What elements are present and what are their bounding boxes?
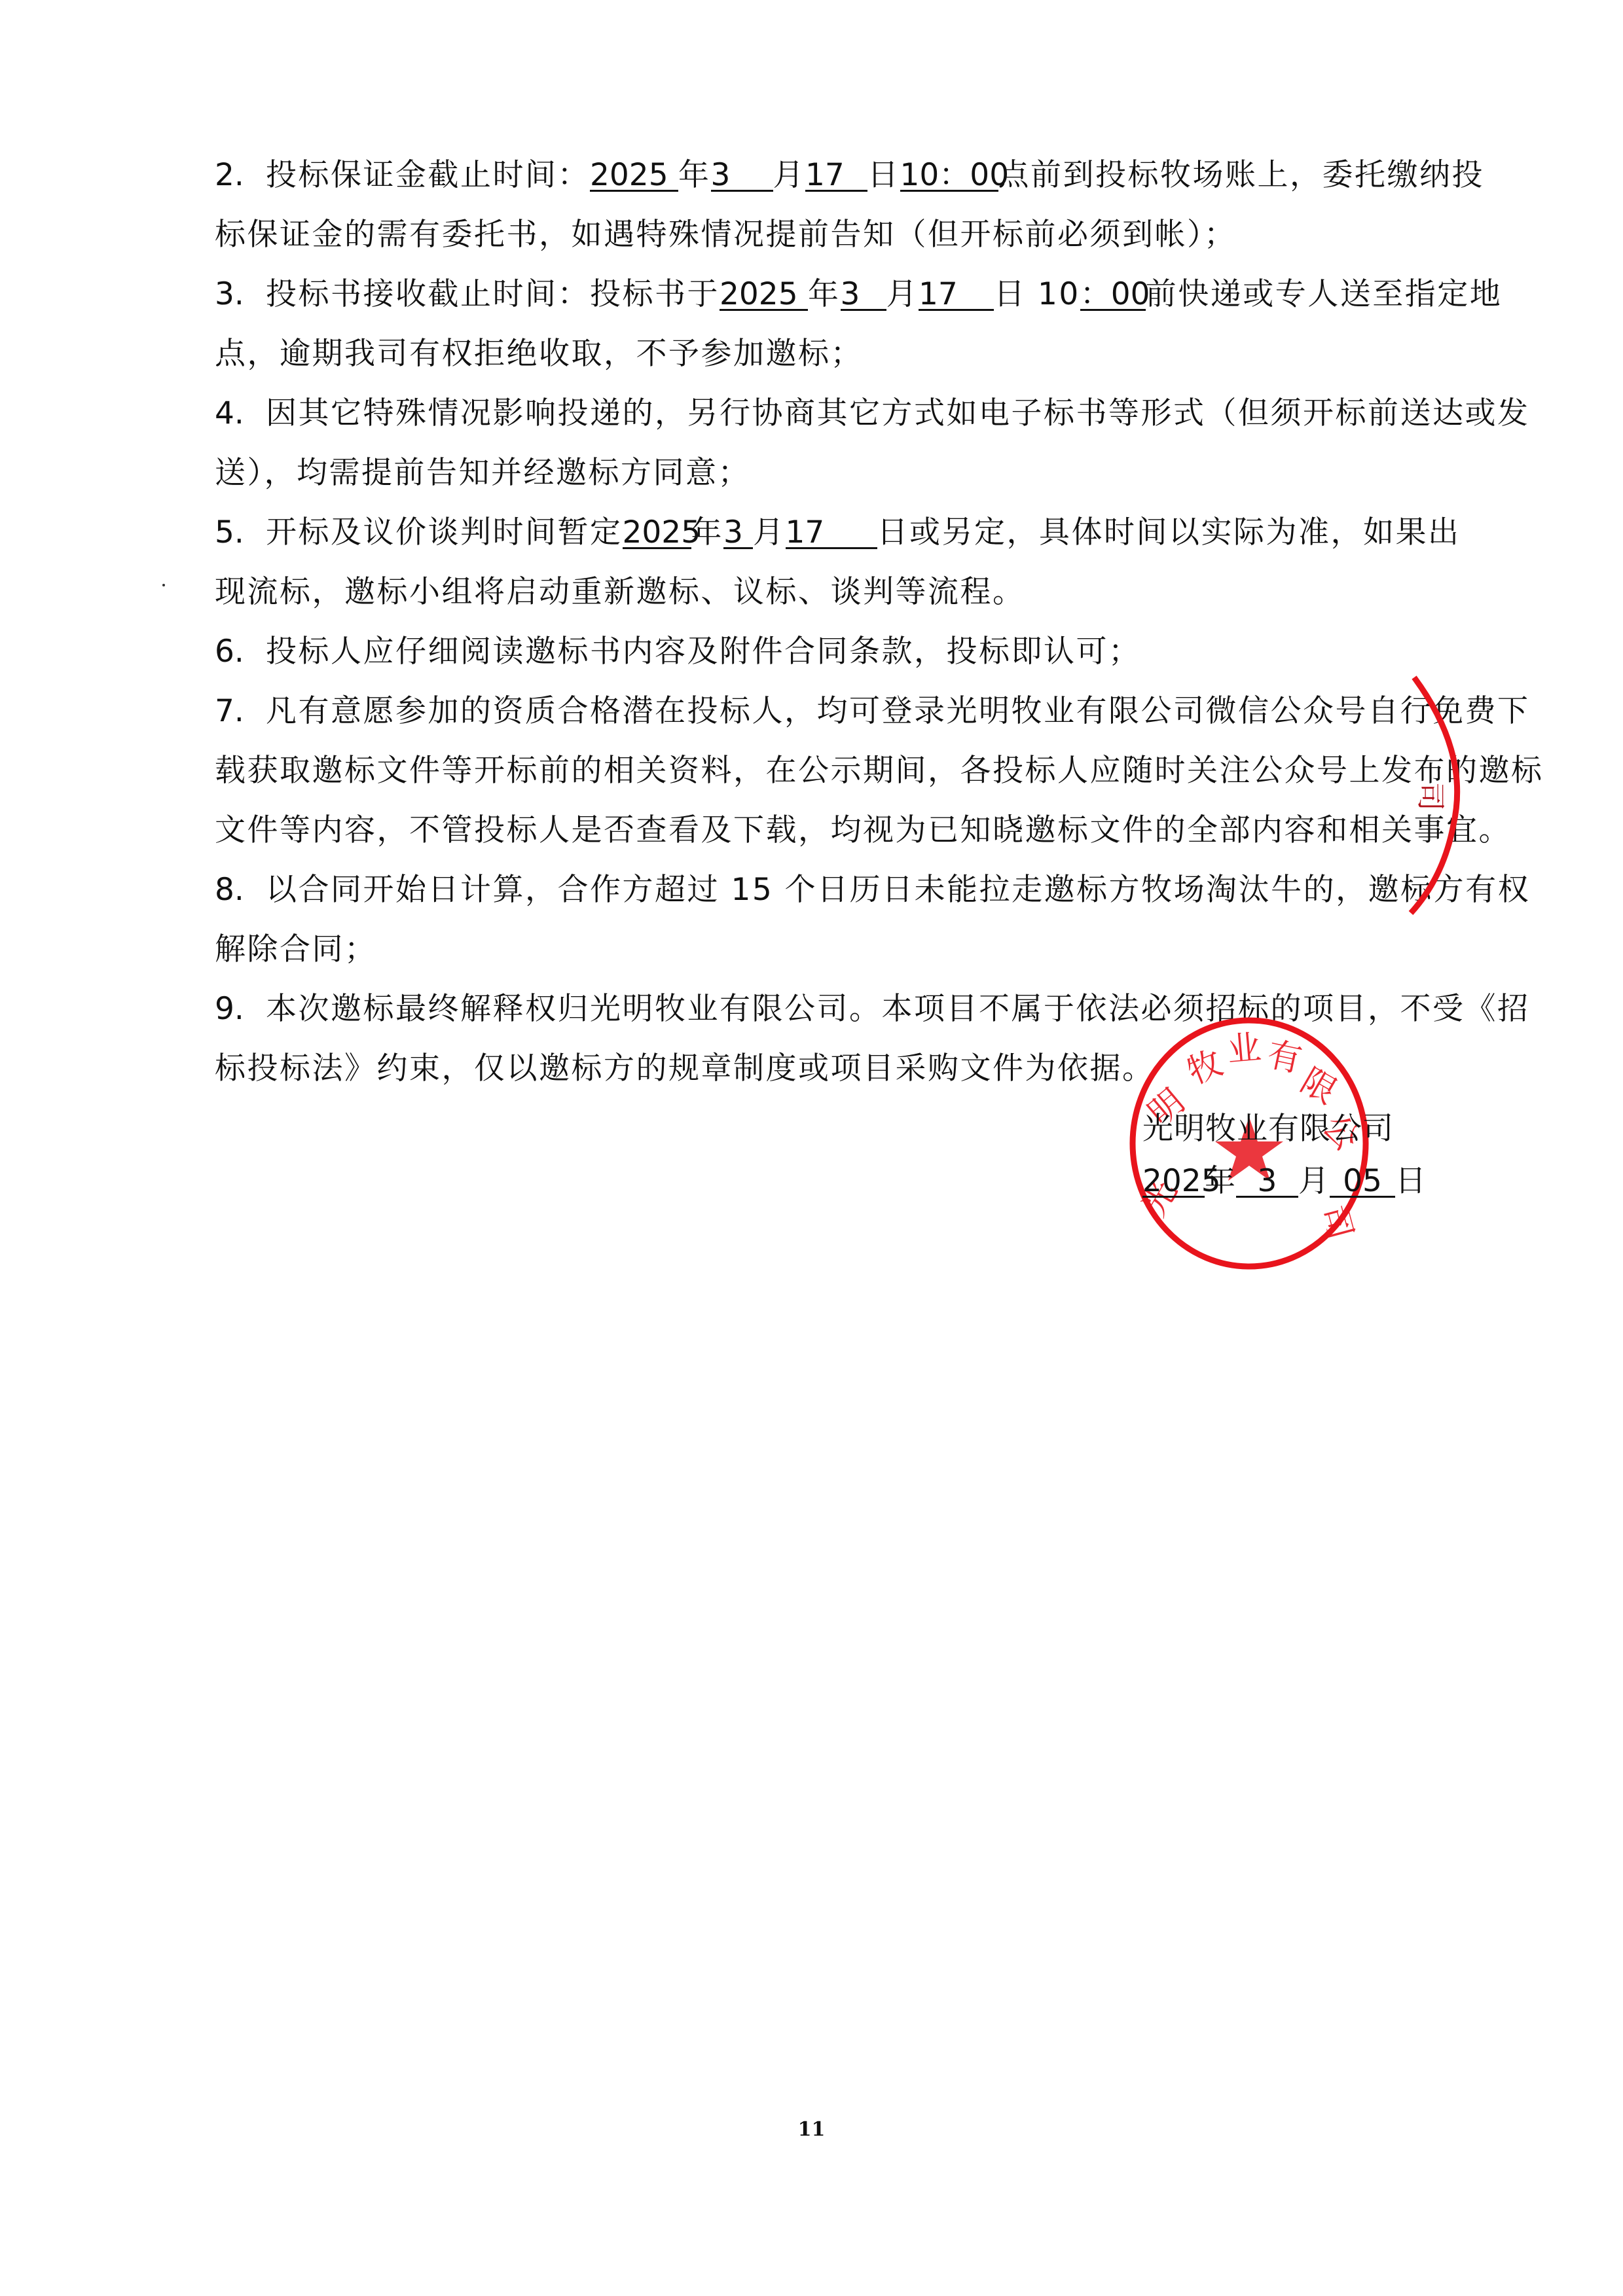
text-segment: 前快递或专人送至指定地 xyxy=(1146,276,1503,312)
text-segment: 点，逾期我司有权拒绝收取，不予参加邀标； xyxy=(215,336,863,372)
text-segment: 年 xyxy=(678,157,711,193)
scan-speck xyxy=(162,584,165,586)
item-line: 2.投标保证金截止时间：2025年3月17日10：00点前到投标牧场账上，委托缴… xyxy=(215,145,1387,205)
item-line: 标投标法》约束，仅以邀标方的规章制度或项目采购文件为依据。 xyxy=(215,1039,1387,1098)
text-segment: 以合同开始日计算，合作方超过 15 个日历日未能拉走邀标方牧场淘汰牛的，邀标方有… xyxy=(266,872,1530,908)
filled-blank: 17 xyxy=(919,280,994,311)
date-day: 05 xyxy=(1330,1167,1395,1198)
text-segment: 文件等内容，不管投标人是否查看及下载，均视为已知晓邀标文件的全部内容和相关事宜。 xyxy=(215,812,1511,848)
signature-company: 光明牧业有限公司 xyxy=(1142,1103,1391,1155)
item-line: 载获取邀标文件等开标前的相关资料，在公示期间，各投标人应随时关注公众号上发布的邀… xyxy=(215,741,1387,800)
list-item: 7.凡有意愿参加的资质合格潜在投标人，均可登录光明牧业有限公司微信公众号自行免费… xyxy=(215,681,1387,860)
filled-blank: 3 xyxy=(841,280,886,311)
text-segment: 投标书接收截止时间：投标书于 xyxy=(266,276,720,312)
item-line: 9.本次邀标最终解释权归光明牧业有限公司。本项目不属于依法必须招标的项目，不受《… xyxy=(215,979,1387,1039)
item-number: 3. xyxy=(215,264,266,324)
page-number: 11 xyxy=(0,2118,1623,2141)
text-segment: 月 xyxy=(886,276,919,312)
text-segment: 年 xyxy=(808,276,841,312)
filled-blank: 3 xyxy=(723,518,753,549)
list-item: 6.投标人应仔细阅读邀标书内容及附件合同条款，投标即认可； xyxy=(215,622,1387,681)
text-segment: 标保证金的需有委托书，如遇特殊情况提前告知（但开标前必须到帐）； xyxy=(215,217,1237,253)
text-segment: 投标人应仔细阅读邀标书内容及附件合同条款，投标即认可； xyxy=(266,634,1141,670)
list-item: 8.以合同开始日计算，合作方超过 15 个日历日未能拉走邀标方牧场淘汰牛的，邀标… xyxy=(215,860,1387,979)
text-segment: 因其它特殊情况影响投递的，另行协商其它方式如电子标书等形式（但须开标前送达或发 xyxy=(266,395,1530,431)
text-segment: 送），均需提前告知并经邀标方同意； xyxy=(215,455,750,491)
date-year: 2025 xyxy=(1142,1167,1205,1198)
filled-blank: 2025 xyxy=(720,280,808,311)
item-number: 2. xyxy=(215,145,266,205)
text-segment: 日 10 xyxy=(994,276,1080,312)
filled-blank: 10：00 xyxy=(900,161,998,192)
item-line: 送），均需提前告知并经邀标方同意； xyxy=(215,443,1387,503)
item-line: 点，逾期我司有权拒绝收取，不予参加邀标； xyxy=(215,324,1387,384)
list-item: 4.因其它特殊情况影响投递的，另行协商其它方式如电子标书等形式（但须开标前送达或… xyxy=(215,384,1387,503)
filled-blank: 3 xyxy=(711,161,773,192)
date-year-unit: 年 xyxy=(1205,1163,1236,1199)
signature-block: 光明牧业有限公司 2025年3月05日 xyxy=(1142,1103,1391,1208)
item-line: 8.以合同开始日计算，合作方超过 15 个日历日未能拉走邀标方牧场淘汰牛的，邀标… xyxy=(215,860,1387,920)
text-segment: 点前到投标牧场账上，委托缴纳投 xyxy=(998,157,1485,193)
text-segment: 开标及议价谈判时间暂定 xyxy=(266,514,623,550)
date-month: 3 xyxy=(1236,1167,1298,1198)
list-item: 3.投标书接收截止时间：投标书于2025年3月17日 10：00前快递或专人送至… xyxy=(215,264,1387,384)
item-line: 6.投标人应仔细阅读邀标书内容及附件合同条款，投标即认可； xyxy=(215,622,1387,681)
item-line: 3.投标书接收截止时间：投标书于2025年3月17日 10：00前快递或专人送至… xyxy=(215,264,1387,324)
text-segment: 年 xyxy=(691,514,724,550)
date-month-unit: 月 xyxy=(1298,1163,1330,1199)
date-day-unit: 日 xyxy=(1395,1163,1427,1199)
text-segment: 凡有意愿参加的资质合格潜在投标人，均可登录光明牧业有限公司微信公众号自行免费下 xyxy=(266,693,1530,729)
list-item: 2.投标保证金截止时间：2025年3月17日10：00点前到投标牧场账上，委托缴… xyxy=(215,145,1387,264)
filled-blank: 2025 xyxy=(623,518,691,549)
item-number: 4. xyxy=(215,384,266,443)
filled-blank: ：00 xyxy=(1080,280,1146,311)
text-segment: 日 xyxy=(867,157,900,193)
text-segment: 日或另定，具体时间以实际为准，如果出 xyxy=(877,514,1461,550)
text-segment: 解除合同； xyxy=(215,931,377,967)
item-line: 现流标，邀标小组将启动重新邀标、议标、谈判等流程。 xyxy=(215,562,1387,622)
item-line: 4.因其它特殊情况影响投递的，另行协商其它方式如电子标书等形式（但须开标前送达或… xyxy=(215,384,1387,443)
item-number: 9. xyxy=(215,979,266,1039)
text-segment: 标投标法》约束，仅以邀标方的规章制度或项目采购文件为依据。 xyxy=(215,1050,1155,1086)
text-segment: 月 xyxy=(773,157,806,193)
list-item: 9.本次邀标最终解释权归光明牧业有限公司。本项目不属于依法必须招标的项目，不受《… xyxy=(215,979,1387,1098)
item-line: 解除合同； xyxy=(215,920,1387,979)
text-segment: 本次邀标最终解释权归光明牧业有限公司。本项目不属于依法必须招标的项目，不受《招 xyxy=(266,991,1530,1027)
text-segment: 投标保证金截止时间： xyxy=(266,157,590,193)
document-page: 2.投标保证金截止时间：2025年3月17日10：00点前到投标牧场账上，委托缴… xyxy=(0,0,1623,2296)
item-line: 文件等内容，不管投标人是否查看及下载，均视为已知晓邀标文件的全部内容和相关事宜。 xyxy=(215,800,1387,860)
signature-date: 2025年3月05日 xyxy=(1142,1155,1391,1208)
document-body: 2.投标保证金截止时间：2025年3月17日10：00点前到投标牧场账上，委托缴… xyxy=(215,145,1387,1098)
item-number: 6. xyxy=(215,622,266,681)
item-number: 5. xyxy=(215,503,266,562)
text-segment: 现流标，邀标小组将启动重新邀标、议标、谈判等流程。 xyxy=(215,574,1025,610)
item-number: 7. xyxy=(215,681,266,741)
text-segment: 载获取邀标文件等开标前的相关资料，在公示期间，各投标人应随时关注公众号上发布的邀… xyxy=(215,753,1544,789)
item-number: 8. xyxy=(215,860,266,920)
filled-blank: 2025 xyxy=(590,161,678,192)
item-line: 7.凡有意愿参加的资质合格潜在投标人，均可登录光明牧业有限公司微信公众号自行免费… xyxy=(215,681,1387,741)
item-line: 标保证金的需有委托书，如遇特殊情况提前告知（但开标前必须到帐）； xyxy=(215,205,1387,264)
list-item: 5.开标及议价谈判时间暂定2025年3月17日或另定，具体时间以实际为准，如果出… xyxy=(215,503,1387,622)
filled-blank: 17 xyxy=(786,518,877,549)
text-segment: 月 xyxy=(753,514,786,550)
filled-blank: 17 xyxy=(805,161,867,192)
item-line: 5.开标及议价谈判时间暂定2025年3月17日或另定，具体时间以实际为准，如果出 xyxy=(215,503,1387,562)
